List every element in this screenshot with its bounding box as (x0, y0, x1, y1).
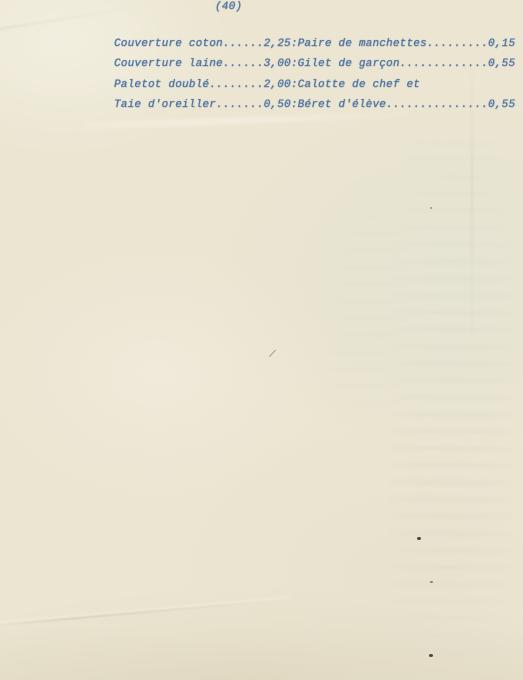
typed-line: Paletot doublé........2,00:Calotte de ch… (114, 75, 515, 95)
scanned-page: (40) Couverture coton......2,25:Paire de… (0, 0, 523, 680)
paper-speck (429, 654, 433, 657)
typed-line: Couverture coton......2,25:Paire de manc… (114, 34, 515, 54)
page-number: (40) (215, 1, 242, 13)
ledger-text-block: Couverture coton......2,25:Paire de manc… (114, 34, 515, 115)
paper-speck (430, 207, 432, 209)
paper-speck (417, 537, 421, 540)
stray-ink-mark: / (268, 350, 275, 362)
typed-line: Couverture laine......3,00:Gilet de garç… (114, 54, 515, 74)
bleed-through-texture (388, 139, 517, 660)
bleed-through-texture (325, 180, 410, 430)
paper-crease (0, 0, 179, 34)
paper-speck (430, 581, 433, 583)
paper-crease (0, 598, 289, 627)
typed-line: Taie d'oreiller.......0,50:Béret d'élève… (114, 95, 515, 115)
